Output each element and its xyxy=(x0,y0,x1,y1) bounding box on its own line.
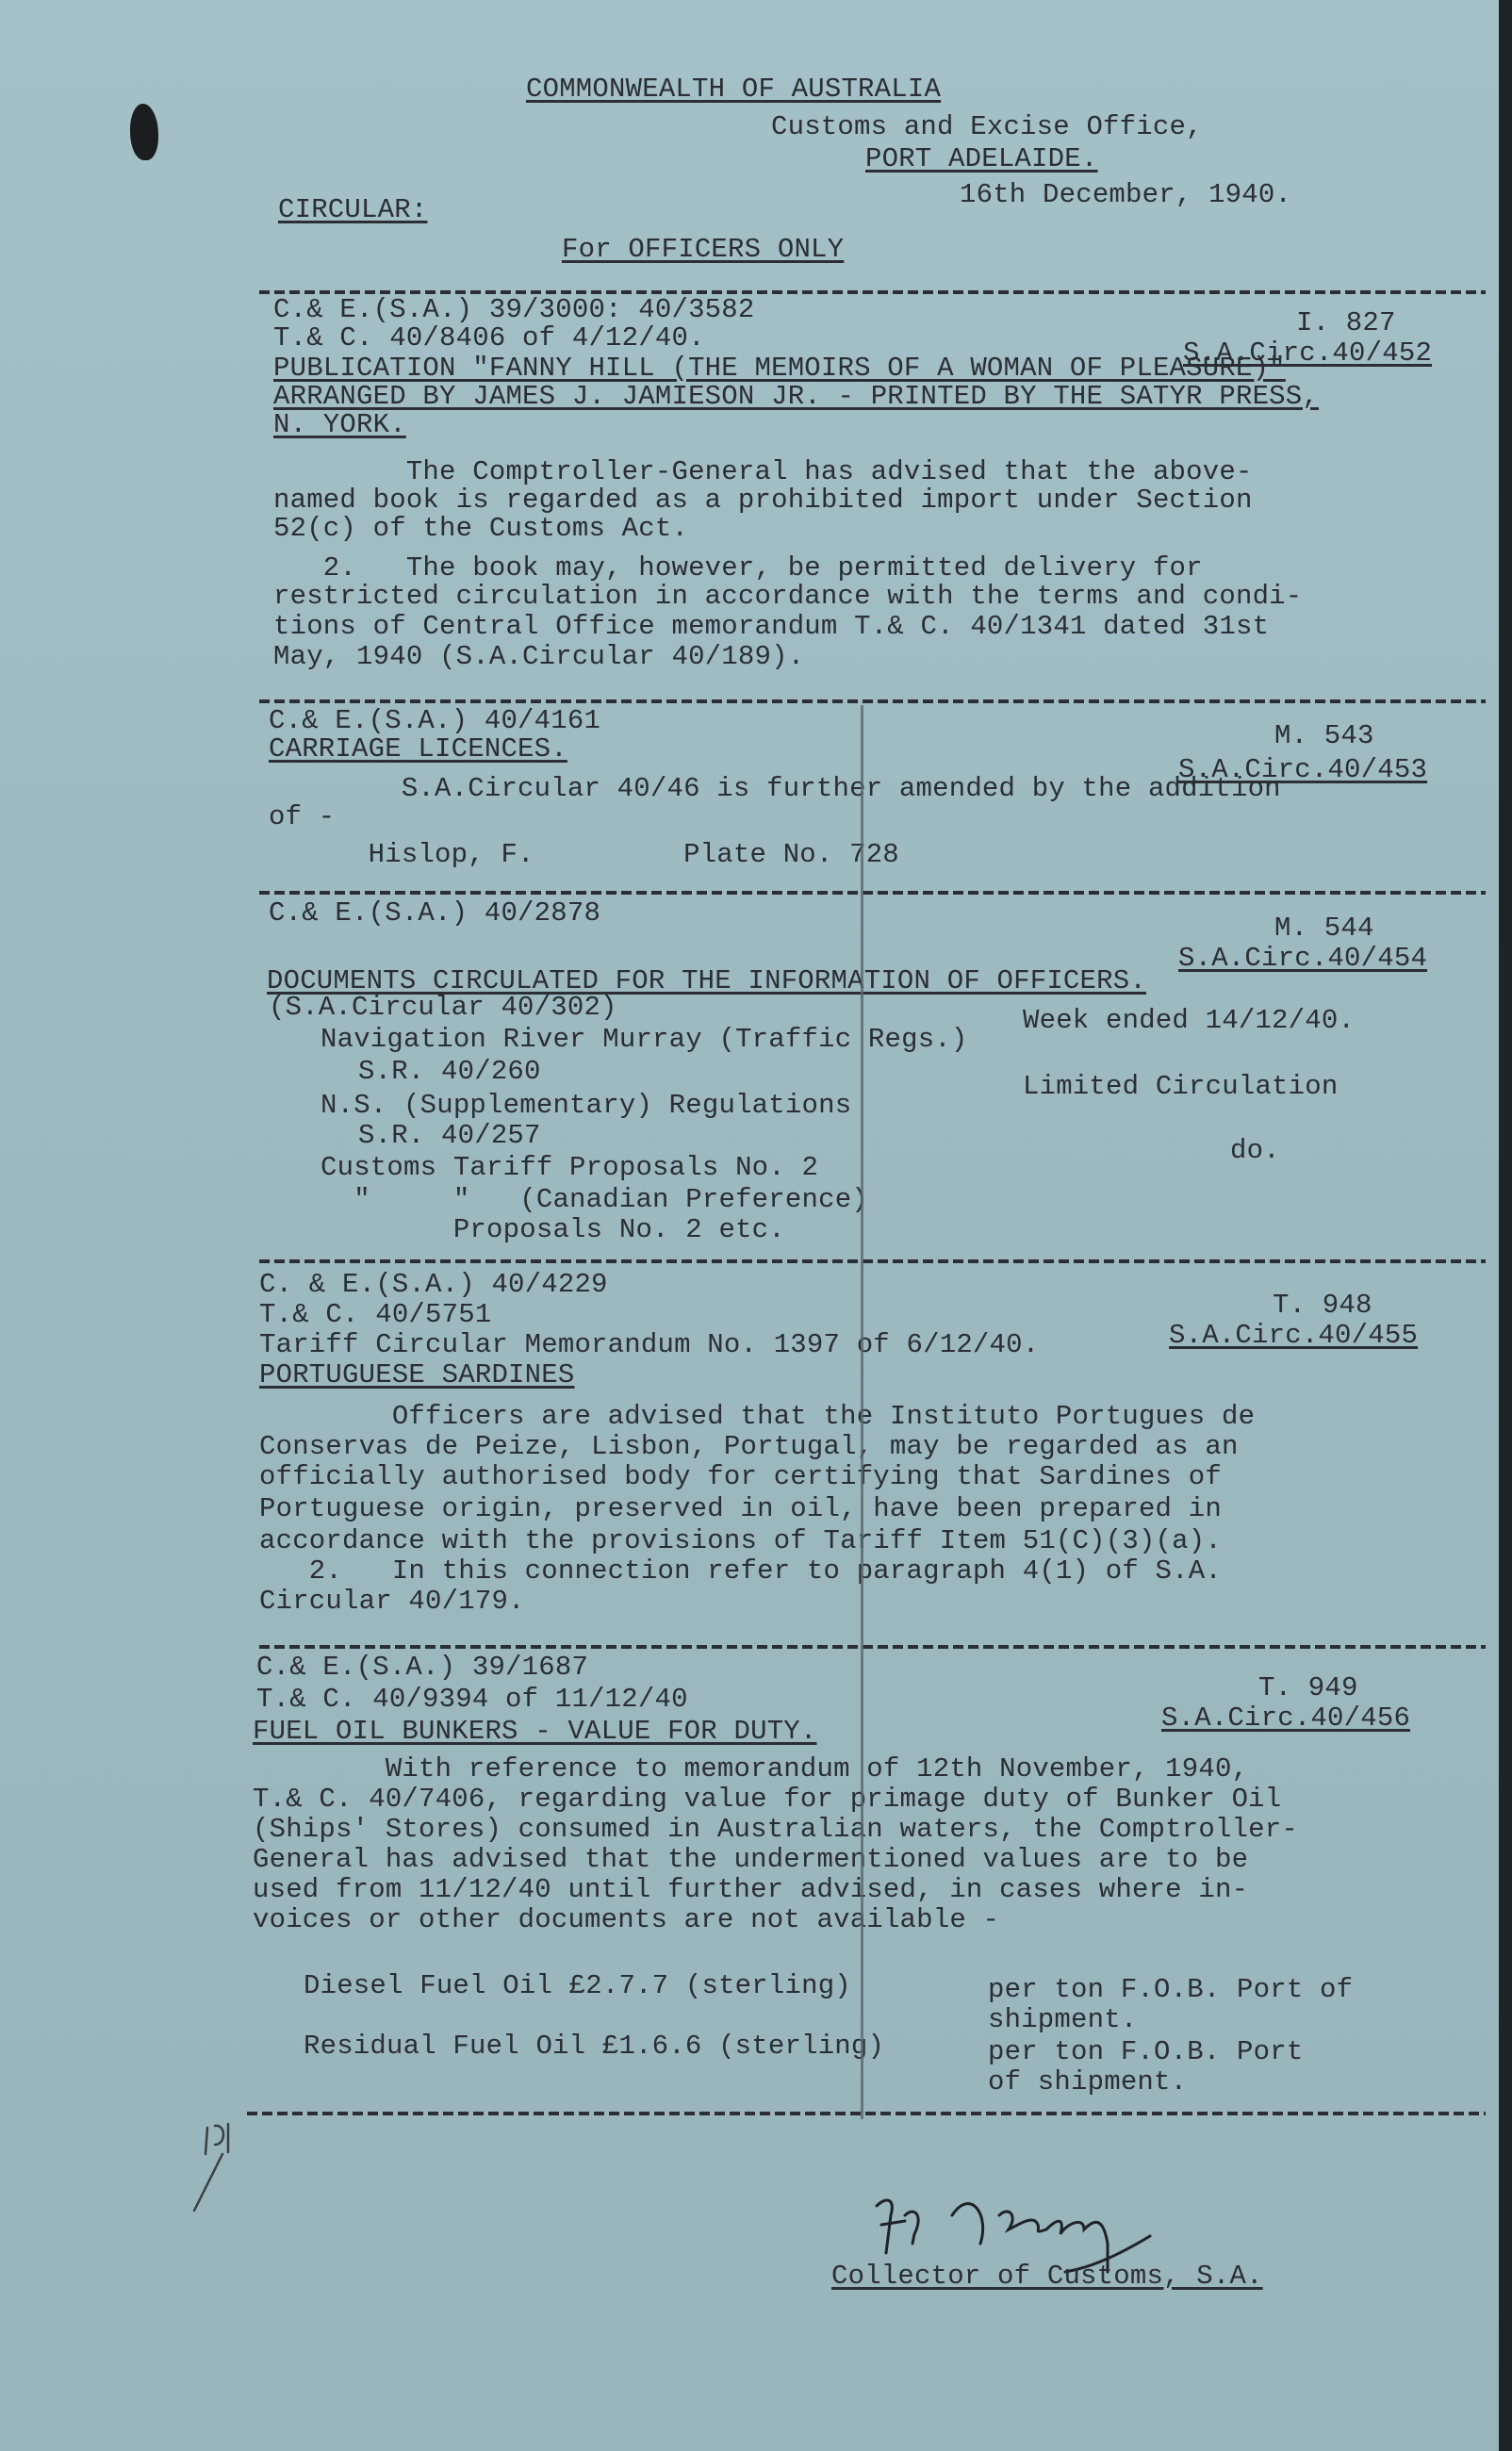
body-line: With reference to memorandum of 12th Nov… xyxy=(253,1753,1248,1785)
body-line: Circular 40/179. xyxy=(259,1586,525,1617)
body-line: tions of Central Office memorandum T.& C… xyxy=(273,611,1269,642)
section-divider xyxy=(259,891,1486,895)
document-item-ref: " " (Canadian Preference) xyxy=(320,1184,868,1215)
section-code: M. 544 xyxy=(1274,913,1374,944)
document-item: N.S. (Supplementary) Regulations xyxy=(320,1090,851,1121)
section-code: T. 949 xyxy=(1258,1672,1358,1703)
file-reference: T.& C. 40/8406 of 4/12/40. xyxy=(273,322,705,354)
section-title: FUEL OIL BUNKERS - VALUE FOR DUTY. xyxy=(253,1716,817,1747)
section-divider xyxy=(259,1259,1486,1263)
licence-entry: Hislop, F. Plate No. 728 xyxy=(269,839,899,870)
fuel-price-item: Residual Fuel Oil £1.6.6 (sterling) xyxy=(304,2031,884,2062)
file-reference: C. & E.(S.A.) 40/4229 xyxy=(259,1269,608,1300)
circular-number: S.A.Circ.40/454 xyxy=(1178,943,1427,974)
file-reference: Tariff Circular Memorandum No. 1397 of 6… xyxy=(259,1329,1039,1360)
circular-number: S.A.Circ.40/455 xyxy=(1169,1320,1418,1351)
section-divider xyxy=(259,699,1486,703)
fuel-price-terms: of shipment. xyxy=(988,2066,1187,2097)
signatory-title: Collector of Customs, S.A. xyxy=(831,2261,1263,2292)
body-line: T.& C. 40/7406, regarding value for prim… xyxy=(253,1784,1281,1815)
body-line: General has advised that the undermentio… xyxy=(253,1844,1248,1875)
document-page: COMMONWEALTH OF AUSTRALIA Customs and Ex… xyxy=(0,0,1499,2451)
fold-crease xyxy=(861,705,863,2119)
file-reference: C.& E.(S.A.) 39/1687 xyxy=(256,1652,588,1683)
document-item-ref: Proposals No. 2 etc. xyxy=(320,1214,785,1245)
body-line: S.A.Circular 40/46 is further amended by… xyxy=(269,773,1281,804)
section-title: ARRANGED BY JAMES J. JAMIESON JR. - PRIN… xyxy=(273,381,1319,412)
page-edge xyxy=(1499,0,1512,2451)
file-reference: C.& E.(S.A.) 40/2878 xyxy=(269,897,600,929)
document-date: 16th December, 1940. xyxy=(960,179,1291,210)
section-divider xyxy=(247,2112,1486,2115)
section-code: T. 948 xyxy=(1273,1290,1372,1321)
office-place: PORT ADELAIDE. xyxy=(865,143,1097,174)
section-subtitle: (S.A.Circular 40/302) xyxy=(269,992,617,1023)
section-divider xyxy=(259,1645,1486,1649)
section-title: PUBLICATION "FANNY HILL (THE MEMOIRS OF … xyxy=(273,353,1286,384)
body-line: 2. The book may, however, be permitted d… xyxy=(273,552,1203,584)
body-line: 2. In this connection refer to paragraph… xyxy=(259,1555,1222,1587)
section-title: CARRIAGE LICENCES. xyxy=(269,733,567,765)
punch-hole-mark xyxy=(130,104,158,160)
body-line: Conservas de Peize, Lisbon, Portugal, ma… xyxy=(259,1431,1239,1462)
body-line: (Ships' Stores) consumed in Australian w… xyxy=(253,1814,1298,1845)
body-line: voices or other documents are not availa… xyxy=(253,1904,999,1935)
section-title: PORTUGUESE SARDINES xyxy=(259,1359,574,1390)
body-line: restricted circulation in accordance wit… xyxy=(273,581,1302,612)
document-item: Customs Tariff Proposals No. 2 xyxy=(320,1152,818,1183)
body-line: officially authorised body for certifyin… xyxy=(259,1461,1222,1492)
section-code: I. 827 xyxy=(1296,307,1396,338)
circular-number: S.A.Circ.40/456 xyxy=(1161,1703,1410,1734)
week-ended: Week ended 14/12/40. xyxy=(1023,1005,1355,1036)
document-item-status: Limited Circulation xyxy=(1023,1071,1338,1102)
file-reference: C.& E.(S.A.) 40/4161 xyxy=(269,705,600,736)
body-line: The Comptroller-General has advised that… xyxy=(273,456,1253,487)
restriction-label: For OFFICERS ONLY xyxy=(562,234,844,265)
file-reference: T.& C. 40/5751 xyxy=(259,1299,491,1330)
body-line: used from 11/12/40 until further advised… xyxy=(253,1874,1248,1905)
body-line: accordance with the provisions of Tariff… xyxy=(259,1525,1222,1556)
body-line: named book is regarded as a prohibited i… xyxy=(273,485,1253,516)
document-item-status: do. xyxy=(1230,1135,1280,1166)
fuel-price-item: Diesel Fuel Oil £2.7.7 (sterling) xyxy=(304,1970,851,2001)
file-reference: T.& C. 40/9394 of 11/12/40 xyxy=(256,1684,688,1715)
body-line: of - xyxy=(269,801,335,832)
fuel-price-terms: shipment. xyxy=(988,2004,1137,2035)
body-line: Officers are advised that the Instituto … xyxy=(259,1401,1255,1432)
document-item: Navigation River Murray (Traffic Regs.) xyxy=(320,1024,968,1055)
pencil-annotation xyxy=(189,2116,264,2225)
section-code: M. 543 xyxy=(1274,720,1374,751)
section-title: N. YORK. xyxy=(273,409,406,440)
fuel-price-terms: per ton F.O.B. Port of xyxy=(988,1974,1353,2005)
body-line: 52(c) of the Customs Act. xyxy=(273,513,688,544)
body-line: Portuguese origin, preserved in oil, hav… xyxy=(259,1493,1222,1524)
org-heading: COMMONWEALTH OF AUSTRALIA xyxy=(526,74,941,105)
circular-label: CIRCULAR: xyxy=(278,194,427,225)
body-line: May, 1940 (S.A.Circular 40/189). xyxy=(273,641,804,672)
document-item-ref: S.R. 40/260 xyxy=(358,1056,541,1087)
document-item-ref: S.R. 40/257 xyxy=(358,1120,541,1151)
file-reference: C.& E.(S.A.) 39/3000: 40/3582 xyxy=(273,294,754,325)
office-name: Customs and Excise Office, xyxy=(771,111,1203,142)
fuel-price-terms: per ton F.O.B. Port xyxy=(988,2036,1303,2067)
